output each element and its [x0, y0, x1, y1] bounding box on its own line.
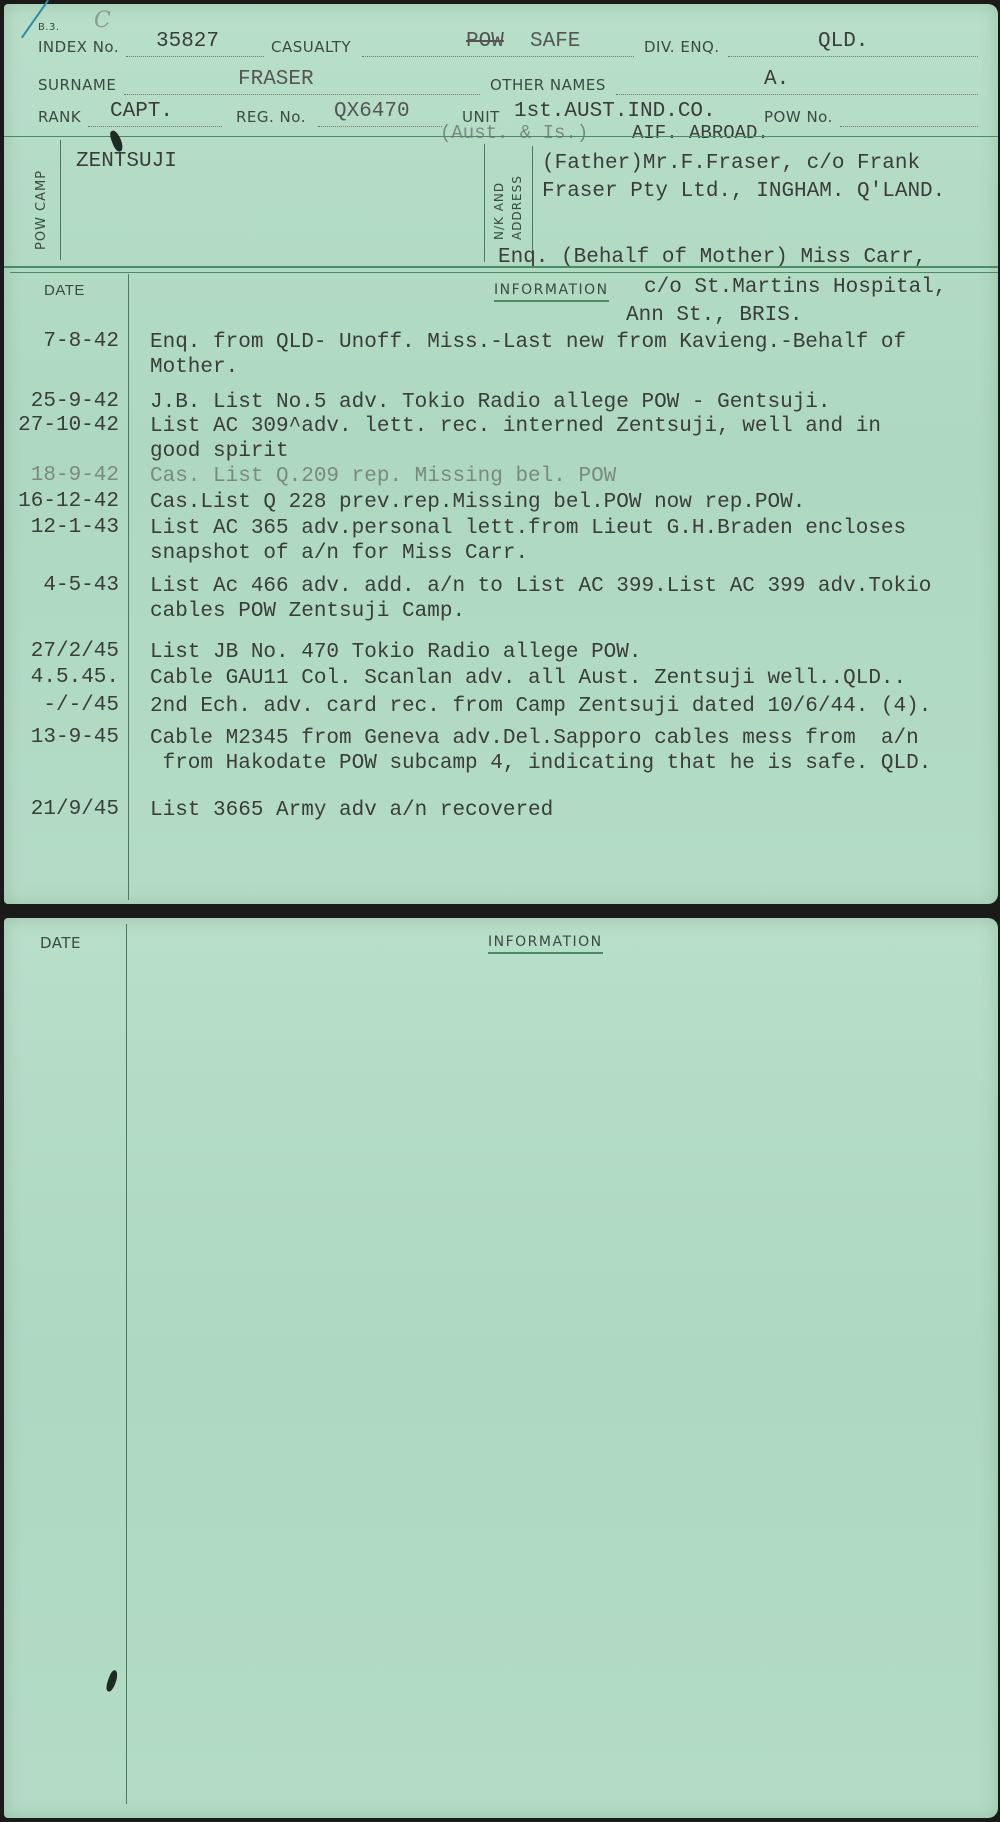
entry-text: Cable GAU11 Col. Scanlan adv. all Aust. …	[150, 666, 1000, 691]
date-column-divider	[128, 274, 129, 900]
rule-section-divider-1	[4, 266, 998, 268]
index-value: 35827	[156, 30, 219, 53]
entry-date: 18-9-42	[4, 464, 119, 487]
entry-date: 12-1-43	[4, 516, 119, 539]
entry-date: 13-9-45	[4, 726, 119, 749]
surname-value: FRASER	[238, 68, 314, 91]
pow-no-label: POW No.	[764, 108, 833, 126]
information-header: INFORMATION	[494, 282, 609, 302]
form-code: B.3.	[38, 22, 60, 33]
entry-text: Cas. List Q.209 rep. Missing bel. POW	[150, 464, 1000, 489]
nok-address-line-1: (Father)Mr.F.Fraser, c/o Frank	[542, 152, 920, 175]
entry-text: 2nd Ech. adv. card rec. from Camp Zentsu…	[150, 694, 1000, 719]
unit-value: 1st.AUST.IND.CO.	[514, 100, 716, 123]
entry-text: Cas.List Q 228 prev.rep.Missing bel.POW …	[150, 490, 1000, 515]
nok-label-line1: N/K AND	[492, 182, 506, 240]
entry-date: -/-/45	[4, 694, 119, 717]
casualty-label: CASUALTY	[271, 38, 351, 56]
entry-date: 7-8-42	[4, 330, 119, 353]
entry-date: 25-9-42	[4, 390, 119, 413]
entry-date: 4.5.45.	[4, 666, 119, 689]
nok-address-line-2: Fraser Pty Ltd., INGHAM. Q'LAND.	[542, 180, 945, 203]
entry-date: 21/9/45	[4, 798, 119, 821]
nok-label-line2: ADDRESS	[510, 175, 524, 240]
reg-no-label: REG. No.	[236, 108, 306, 126]
back-information-header: INFORMATION	[488, 934, 603, 954]
pow-camp-label: POW CAMP	[34, 170, 49, 250]
entry-text: List AC 365 adv.personal lett.from Lieut…	[150, 516, 1000, 566]
surname-label: SURNAME	[38, 76, 116, 94]
div-enq-label: DIV. ENQ.	[644, 38, 720, 56]
entry-date: 27/2/45	[4, 640, 119, 663]
rank-value: CAPT.	[110, 100, 173, 123]
rule-section-divider-2	[10, 272, 998, 273]
enq-line-2: c/o St.Martins Hospital,	[644, 276, 946, 299]
entry-text: List 3665 Army adv a/n recovered	[150, 798, 1000, 823]
pow-camp-value: ZENTSUJI	[76, 150, 177, 173]
ink-mark	[104, 1669, 119, 1692]
rule-top-section	[4, 136, 998, 137]
back-date-column-divider	[126, 924, 127, 1804]
unit-sub-faint: (Aust. & Is.)	[440, 122, 588, 144]
entry-text: List JB No. 470 Tokio Radio allege POW.	[150, 640, 1000, 665]
casualty-value: SAFE	[530, 30, 580, 53]
record-card-back: DATE INFORMATION	[4, 918, 998, 1818]
enq-line-3: Ann St., BRIS.	[626, 304, 802, 327]
date-header: DATE	[44, 282, 85, 299]
casualty-struck-value: POW	[466, 30, 504, 53]
entry-date: 27-10-42	[4, 414, 119, 437]
entry-text: Cable M2345 from Geneva adv.Del.Sapporo …	[150, 726, 1000, 776]
rank-label: RANK	[38, 108, 81, 126]
entry-text: Enq. from QLD- Unoff. Miss.-Last new fro…	[150, 330, 1000, 380]
other-names-value: A.	[764, 68, 789, 91]
record-card-front: B.3. C INDEX No. 35827 CASUALTY POW SAFE…	[4, 4, 998, 904]
entry-text: J.B. List No.5 adv. Tokio Radio allege P…	[150, 390, 1000, 415]
unit-sub: AIF. ABROAD.	[632, 122, 769, 144]
reg-no-value: QX6470	[334, 100, 410, 123]
entry-text: List AC 309^adv. lett. rec. interned Zen…	[150, 414, 1000, 464]
entry-text: List Ac 466 adv. add. a/n to List AC 399…	[150, 574, 1000, 624]
index-label: INDEX No.	[38, 38, 119, 56]
back-date-header: DATE	[40, 934, 81, 952]
other-names-label: OTHER NAMES	[490, 76, 606, 94]
pencil-annotation: C	[94, 8, 111, 33]
entry-date: 4-5-43	[4, 574, 119, 597]
entry-date: 16-12-42	[4, 490, 119, 513]
div-enq-value: QLD.	[818, 30, 868, 53]
